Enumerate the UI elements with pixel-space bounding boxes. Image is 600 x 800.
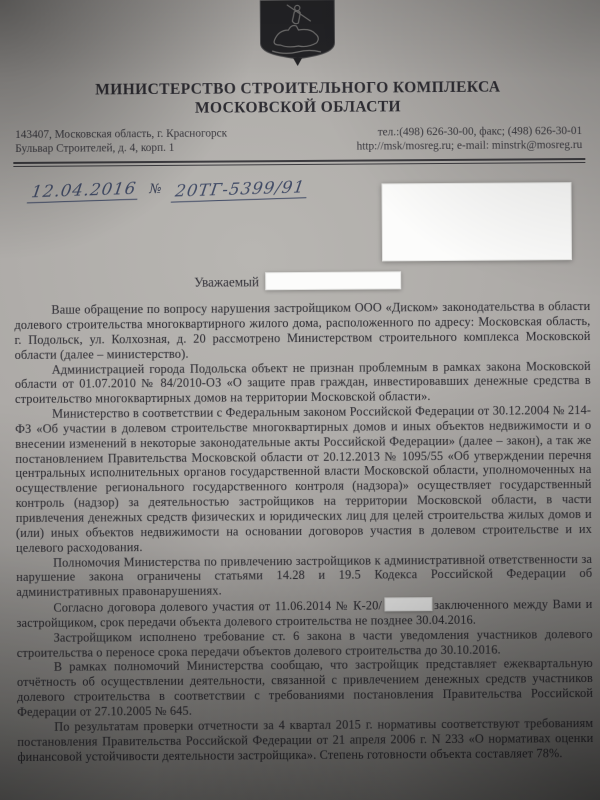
handwritten-date: 12.04.2016 (27, 179, 141, 204)
contract-text-before: Согласно договора долевого участия от 11… (53, 598, 382, 614)
document-photo: МИНИСТЕРСТВО СТРОИТЕЛЬНОГО КОМПЛЕКСА МОС… (0, 0, 600, 800)
redacted-contract-number (384, 597, 432, 611)
paragraph-admin-liability: Полномочия Министерства по привлечению з… (16, 551, 592, 600)
redacted-recipient-block (381, 182, 572, 261)
number-sign: № (149, 182, 162, 197)
letterhead-phone-email: тел.:(498) 626-30-00, факс; (498) 626-30… (356, 124, 582, 154)
paragraph-readiness-78: По результатам проверки отчетности за 4 … (17, 716, 593, 765)
paragraph-notification: Застройщиком исполнено требование ст. 6 … (17, 627, 593, 661)
paragraph-appeal: Ваше обращение по вопросу нарушения заст… (14, 299, 590, 362)
letterhead-contacts: 143407, Московская область, г. Красногор… (15, 124, 582, 156)
letterhead-double-rule (13, 158, 585, 167)
address-line2: Бульвар Строителей, д. 4, корп. 1 (15, 141, 227, 156)
paragraph-contract: Согласно договора долевого участия от 11… (16, 596, 592, 631)
address-line1: 143407, Московская область, г. Красногор… (15, 127, 227, 142)
official-letter: МИНИСТЕРСТВО СТРОИТЕЛЬНОГО КОМПЛЕКСА МОС… (0, 0, 600, 800)
letterhead-address: 143407, Московская область, г. Красногор… (15, 127, 227, 156)
moscow-region-coat-of-arms-icon (0, 0, 598, 68)
paragraph-quarterly-reports: В рамках полномочий Министерства сообщаю… (17, 656, 593, 719)
letter-body: Ваше обращение по вопросу нарушения заст… (14, 299, 593, 764)
redacted-recipient-name (265, 271, 401, 290)
paragraph-ministry-powers: Министерство в соответствии с Федеральны… (15, 403, 592, 555)
ministry-title-line2: МОСКОВСКОЙ ОБЛАСТИ (8, 96, 588, 119)
site-email-line: http://msk/mosreg.ru; e-mail: minstrk@mo… (357, 138, 583, 154)
greeting-line: Уважаемый (194, 270, 599, 292)
ministry-title: МИНИСТЕРСТВО СТРОИТЕЛЬНОГО КОМПЛЕКСА МОС… (8, 77, 588, 119)
salutation-text: Уважаемый (194, 274, 259, 289)
handwritten-outgoing-number: 20ТГ-5399/91 (171, 177, 310, 202)
paragraph-not-problem-object: Администрацией города Подольска объект н… (15, 359, 591, 408)
phone-fax-line: тел.:(498) 626-30-00, факс; (498) 626-30… (356, 124, 582, 140)
